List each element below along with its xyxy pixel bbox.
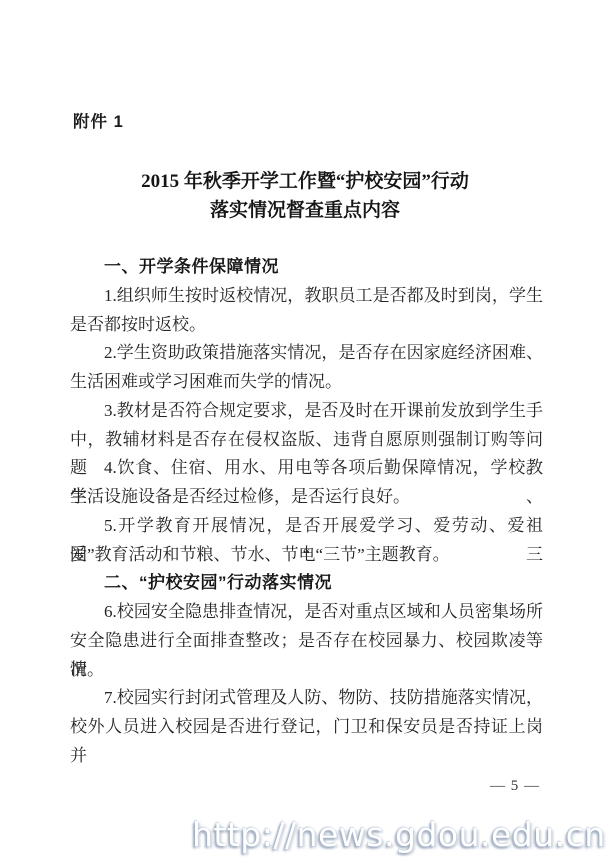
para1-line2: 是否都按时返校。 [70,311,543,340]
document-title-line1: 2015 年秋季开学工作暨“护校安园”行动 [0,167,610,196]
document-body: 一、开学条件保障情况 1.组织师生按时返校情况，教职员工是否都及时到岗，学生 是… [70,253,543,742]
para6-line3: 况。 [70,656,543,685]
para5-line1: 5.开学教育开展情况，是否开展爱学习、爱劳动、爱祖国“三 [70,512,543,541]
document-page: 附件 1 2015 年秋季开学工作暨“护校安园”行动 落实情况督查重点内容 一、… [0,0,610,863]
watermark-url: http://news.gdou.edu.cn [192,815,606,854]
para1-line1: 1.组织师生按时返校情况，教职员工是否都及时到岗，学生 [70,282,543,311]
page-number: — 5 — [490,778,540,795]
document-title-line2: 落实情况督查重点内容 [0,196,610,225]
para6-line2: 安全隐患进行全面排查整改；是否存在校园暴力、校园欺凌等情 [70,627,543,656]
document-title: 2015 年秋季开学工作暨“护校安园”行动 落实情况督查重点内容 [0,167,610,225]
section1-heading: 一、开学条件保障情况 [70,253,543,282]
para2-line1: 2.学生资助政策措施落实情况，是否存在因家庭经济困难、 [70,339,543,368]
para3-line1: 3.教材是否符合规定要求，是否及时在开课前发放到学生手 [70,397,543,426]
attachment-label: 附件 1 [73,108,124,132]
para6-line1: 6.校园安全隐患排查情况，是否对重点区域和人员密集场所 [70,598,543,627]
para7-line1: 7.校园实行封闭式管理及人防、物防、技防措施落实情况， [70,684,543,713]
para3-line2: 中，教辅材料是否存在侵权盗版、违背自愿原则强制订购等问题。 [70,426,543,455]
section2-heading: 二、“护校安园”行动落实情况 [70,569,543,598]
para7-line2: 校外人员进入校园是否进行登记，门卫和保安员是否持证上岗并 [70,713,543,742]
para2-line2: 生活困难或学习困难而失学的情况。 [70,368,543,397]
para4-line1: 4.饮食、住宿、用水、用电等各项后勤保障情况，学校教学、 [70,454,543,483]
